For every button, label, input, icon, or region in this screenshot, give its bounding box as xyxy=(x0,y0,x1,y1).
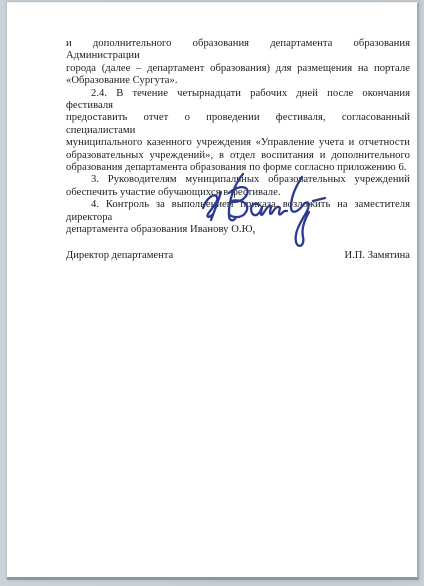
paragraph-line: 3. Руководителям муниципальных образоват… xyxy=(66,174,410,186)
paragraph-line: образовательных учреждений», в отдел вос… xyxy=(66,150,410,162)
paragraph-line: образования департамента образования по … xyxy=(66,162,410,174)
paragraph-line: департамента образования Иванову О.Ю. xyxy=(66,224,410,236)
paragraph-line: предоставить отчет о проведении фестивал… xyxy=(66,112,410,137)
signer-name: И.П. Замятина xyxy=(344,250,410,262)
signature-block: Директор департамента И.П. Замятина xyxy=(66,250,410,262)
paragraph-line: «Образование Сургута». xyxy=(66,75,410,87)
paragraph-line: 2.4. В течение четырнадцати рабочих дней… xyxy=(66,88,410,113)
paragraph-line: города (далее – департамент образования)… xyxy=(66,63,410,75)
document-page: и дополнительного образования департамен… xyxy=(7,2,419,580)
paragraph-line: 4. Контроль за выполнением приказа возло… xyxy=(66,199,410,224)
paragraph-line: обеспечить участие обучающихся в фестива… xyxy=(66,187,410,199)
paragraph-line: и дополнительного образования департамен… xyxy=(66,38,410,63)
signer-title: Директор департамента xyxy=(66,250,173,262)
document-body: и дополнительного образования департамен… xyxy=(7,3,417,577)
paragraph-line: муниципального казенного учреждения «Упр… xyxy=(66,137,410,149)
